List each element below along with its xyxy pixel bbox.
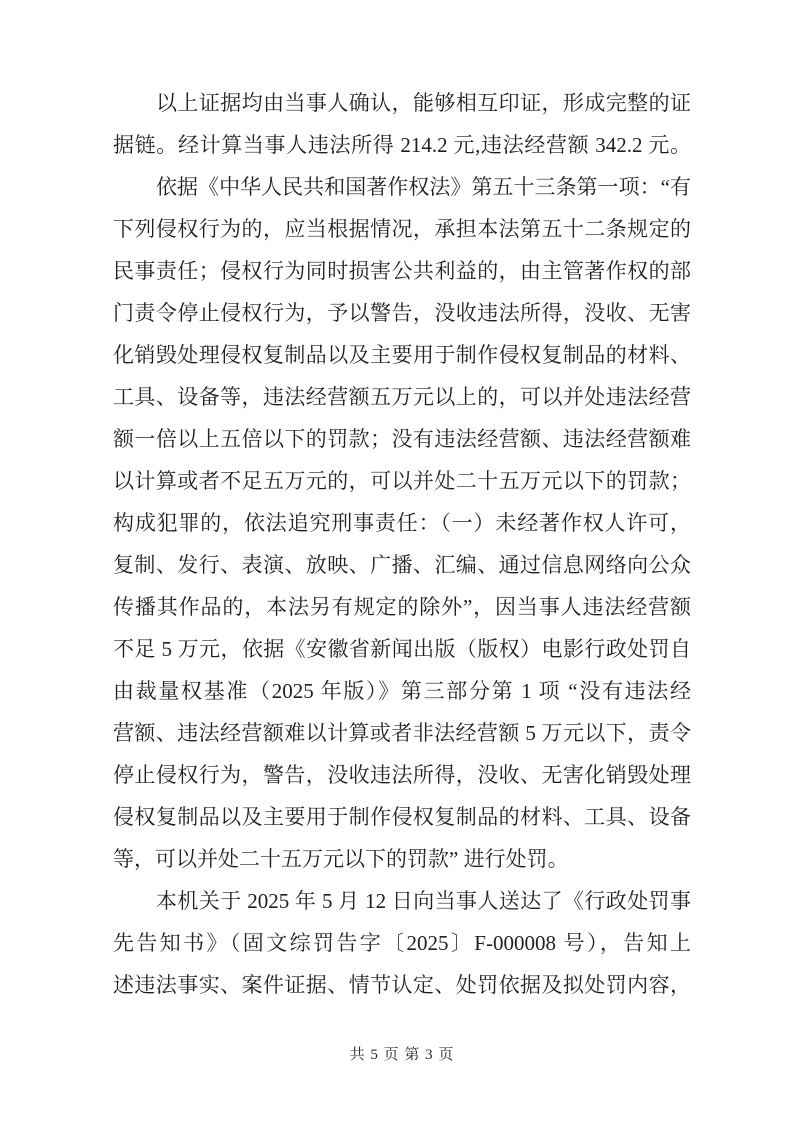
text-line: 等，可以并处二十五万元以下的罚款” 进行处罚。 [113, 838, 691, 880]
text-line: 工具、设备等，违法经营额五万元以上的，可以并处违法经营 [113, 376, 691, 418]
document-page: 以上证据均由当事人确认，能够相互印证，形成完整的证据链。经计算当事人违法所得 2… [0, 0, 793, 1122]
text-line: 不足 5 万元，依据《安徽省新闻出版（版权）电影行政处罚自 [113, 628, 691, 670]
document-body: 以上证据均由当事人确认，能够相互印证，形成完整的证据链。经计算当事人违法所得 2… [113, 82, 691, 1006]
text-line: 先告知书》（固文综罚告字〔2025〕F-000008 号），告知上 [113, 922, 691, 964]
text-line: 以计算或者不足五万元的，可以并处二十五万元以下的罚款； [113, 460, 691, 502]
text-line: 门责令停止侵权行为，予以警告，没收违法所得，没收、无害 [113, 292, 691, 334]
text-line: 侵权复制品以及主要用于制作侵权复制品的材料、工具、设备 [113, 796, 691, 838]
paragraph: 本机关于 2025 年 5 月 12 日向当事人送达了《行政处罚事先告知书》（固… [113, 880, 691, 1006]
text-line: 营额、违法经营额难以计算或者非法经营额 5 万元以下，责令 [113, 712, 691, 754]
text-line: 民事责任；侵权行为同时损害公共利益的，由主管著作权的部 [113, 250, 691, 292]
text-line: 传播其作品的，本法另有规定的除外”，因当事人违法经营额 [113, 586, 691, 628]
text-line: 依据《中华人民共和国著作权法》第五十三条第一项：“有 [113, 166, 691, 208]
paragraph: 以上证据均由当事人确认，能够相互印证，形成完整的证据链。经计算当事人违法所得 2… [113, 82, 691, 166]
text-line: 化销毁处理侵权复制品以及主要用于制作侵权复制品的材料、 [113, 334, 691, 376]
text-line: 停止侵权行为，警告，没收违法所得，没收、无害化销毁处理 [113, 754, 691, 796]
paragraph: 依据《中华人民共和国著作权法》第五十三条第一项：“有下列侵权行为的，应当根据情况… [113, 166, 691, 880]
text-line: 本机关于 2025 年 5 月 12 日向当事人送达了《行政处罚事 [113, 880, 691, 922]
page-footer: 共 5 页 第 3 页 [113, 1041, 691, 1069]
text-line: 以上证据均由当事人确认，能够相互印证，形成完整的证 [113, 82, 691, 124]
text-line: 构成犯罪的，依法追究刑事责任：（一）未经著作权人许可， [113, 502, 691, 544]
page-number: 共 5 页 第 3 页 [350, 1047, 455, 1063]
text-line: 下列侵权行为的，应当根据情况，承担本法第五十二条规定的 [113, 208, 691, 250]
text-line: 据链。经计算当事人违法所得 214.2 元,违法经营额 342.2 元。 [113, 124, 691, 166]
text-line: 复制、发行、表演、放映、广播、汇编、通过信息网络向公众 [113, 544, 691, 586]
text-line: 述违法事实、案件证据、情节认定、处罚依据及拟处罚内容， [113, 964, 691, 1006]
text-line: 由裁量权基准（2025 年版）》第三部分第 1 项 “没有违法经 [113, 670, 691, 712]
text-line: 额一倍以上五倍以下的罚款；没有违法经营额、违法经营额难 [113, 418, 691, 460]
